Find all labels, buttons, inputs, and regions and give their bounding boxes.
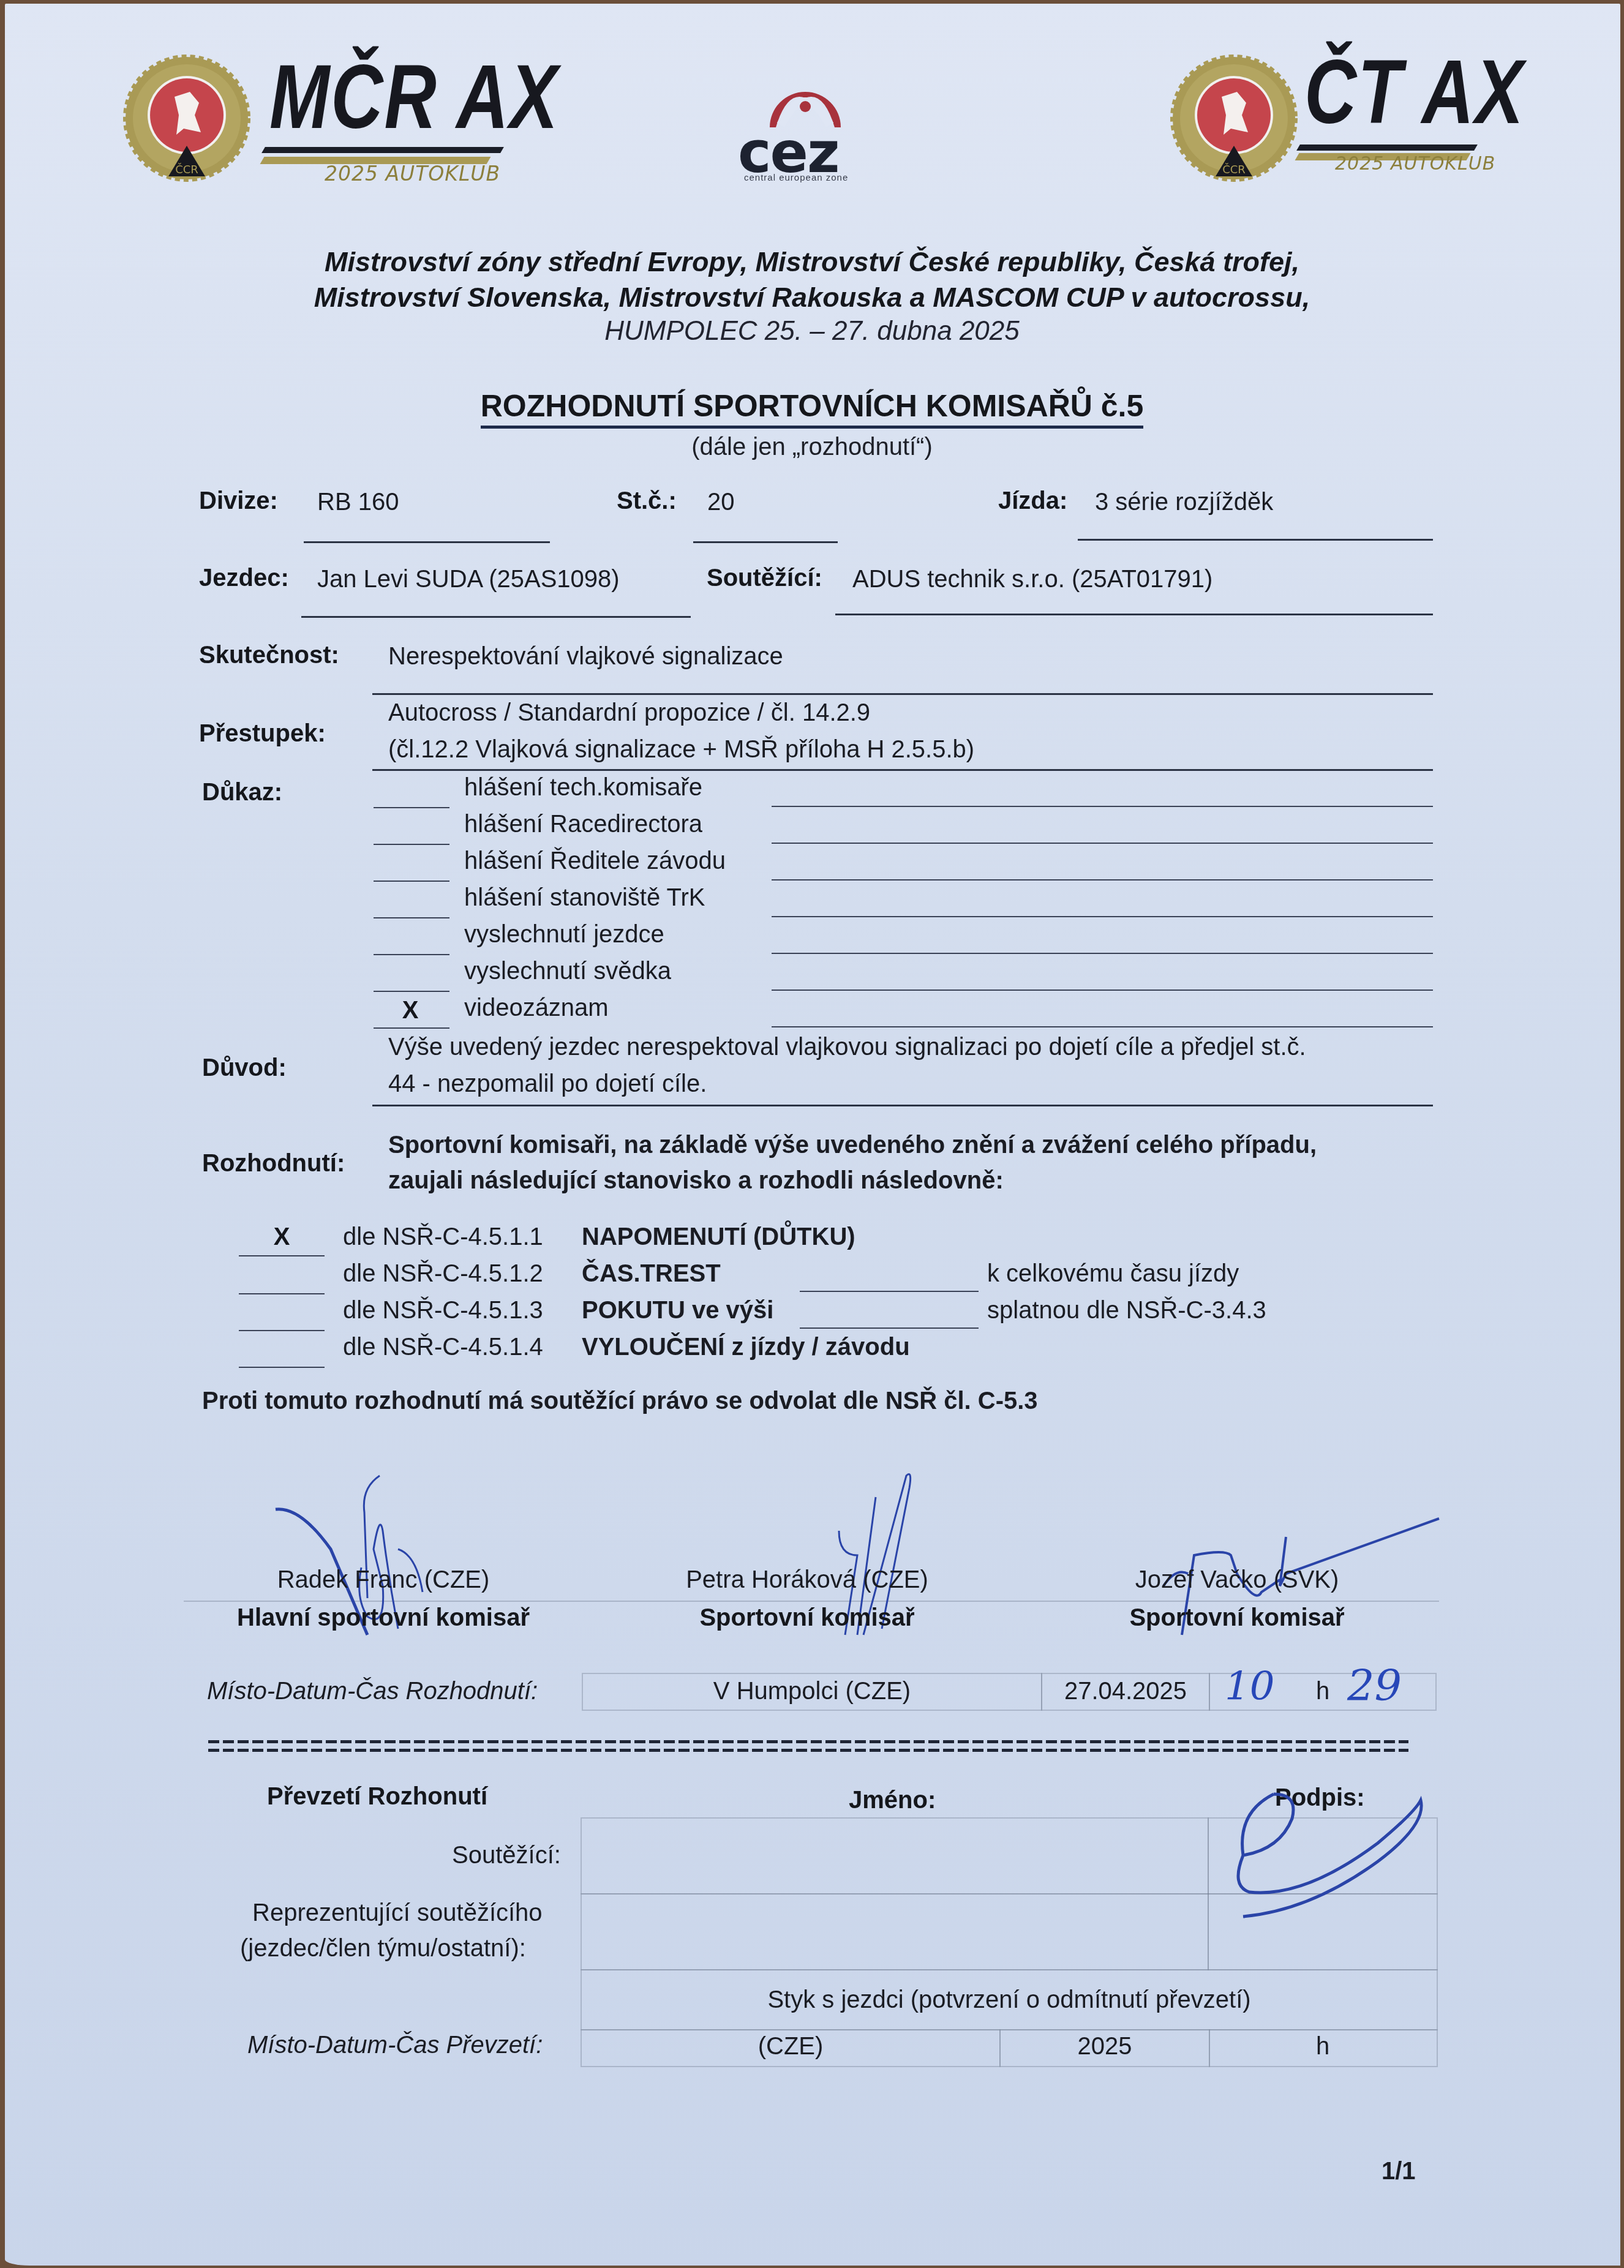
receipt-soutezici-name-field[interactable] xyxy=(581,1817,1209,1894)
rozhodnuti-line-1: Sportovní komisaři, na základě výše uved… xyxy=(388,1132,1317,1159)
receipt-contact-label: Styk s jezdci (potvrzení o odmítnutí pře… xyxy=(581,1986,1438,2014)
receipt-title: Převzetí Rozhonutí xyxy=(267,1783,487,1811)
steward-name: Radek Franc (CZE) xyxy=(200,1566,567,1594)
steward-role: Sportovní komisař xyxy=(1053,1604,1421,1632)
penalty-name: NAPOMENUTÍ (DŮTKU) xyxy=(582,1223,855,1251)
soutezici-underline xyxy=(835,614,1433,615)
svg-text:ČCR: ČCR xyxy=(1222,163,1246,176)
logo-left-word: MČR AX xyxy=(269,45,559,149)
duvod-label: Důvod: xyxy=(202,1054,287,1082)
signature-receipt-icon xyxy=(1231,1788,1433,1917)
soutezici-label: Soutěžící: xyxy=(707,565,822,592)
receipt-soutezici-label: Soutěžící: xyxy=(452,1842,561,1869)
steward-name: Jozef Vačko (SVK) xyxy=(1053,1566,1421,1594)
dukaz-mark-checked[interactable]: X xyxy=(374,997,447,1024)
divize-value: RB 160 xyxy=(317,489,399,516)
prestupek-line-2: (čl.12.2 Vlajková signalizace + MSŘ příl… xyxy=(388,736,974,764)
stc-underline xyxy=(693,541,838,543)
penalty-suffix: splatnou dle NSŘ-C-3.4.3 xyxy=(987,1297,1266,1324)
dukaz-item-line xyxy=(772,843,1433,844)
soutezici-value: ADUS technik s.r.o. (25AT01791) xyxy=(852,566,1212,593)
logo-right-stripe xyxy=(1296,145,1478,151)
receipt-name-header: Jméno: xyxy=(849,1787,936,1814)
dukaz-mark-line xyxy=(374,844,449,845)
steward-name: Petra Horáková (CZE) xyxy=(623,1566,991,1594)
stc-label: St.č.: xyxy=(617,487,677,515)
dukaz-mark-line xyxy=(374,991,449,992)
decision-h-label: h xyxy=(1310,1678,1335,1705)
penalty-rule: dle NSŘ-C-4.5.1.3 xyxy=(343,1297,543,1324)
receipt-rep-name-field[interactable] xyxy=(581,1893,1209,1970)
penalty-rule: dle NSŘ-C-4.5.1.1 xyxy=(343,1223,543,1251)
event-title-line-1: Mistrovství zóny střední Evropy, Mistrov… xyxy=(0,246,1624,278)
dukaz-mark-line xyxy=(374,954,449,955)
decision-hour-handwritten: 10 xyxy=(1225,1664,1274,1710)
stc-value: 20 xyxy=(707,489,735,516)
dukaz-mark-line xyxy=(374,881,449,882)
penalty-name: POKUTU ve výši xyxy=(582,1297,773,1324)
dukaz-mark-line xyxy=(374,807,449,808)
divize-label: Divize: xyxy=(199,487,278,515)
page-number: 1/1 xyxy=(1382,2158,1416,2185)
penalty-rule: dle NSŘ-C-4.5.1.2 xyxy=(343,1260,543,1288)
receipt-rep-label-1: Reprezentující soutěžícího xyxy=(252,1899,543,1927)
receipt-place-label: Místo-Datum-Čas Převzetí: xyxy=(247,2032,543,2059)
dukaz-mark-line xyxy=(374,917,449,918)
dukaz-item-label: vyslechnutí svědka xyxy=(464,958,671,985)
dukaz-item-label: hlášení tech.komisaře xyxy=(464,774,702,802)
dukaz-item-line xyxy=(772,806,1433,807)
penalty-mark-line xyxy=(239,1367,325,1368)
jezdec-value: Jan Levi SUDA (25AS1098) xyxy=(317,566,620,593)
jizda-value: 3 série rozjížděk xyxy=(1095,489,1273,516)
decision-date-value: 27.04.2025 xyxy=(1041,1678,1210,1705)
dukaz-item-label: hlášení Ředitele závodu xyxy=(464,847,726,875)
jizda-underline xyxy=(1078,539,1433,541)
prestupek-label: Přestupek: xyxy=(199,720,326,748)
penalty-amount-line[interactable] xyxy=(800,1291,979,1292)
receipt-rep-label-2: (jezdec/člen týmu/ostatní): xyxy=(240,1935,526,1962)
skutecnost-value: Nerespektování vlajkové signalizace xyxy=(388,643,783,670)
event-place-date: HUMPOLEC 25. – 27. dubna 2025 xyxy=(0,316,1624,347)
dukaz-item-line xyxy=(772,1026,1433,1027)
penalty-amount-line[interactable] xyxy=(800,1327,979,1329)
jezdec-label: Jezdec: xyxy=(199,565,289,592)
decision-place-value: V Humpolci (CZE) xyxy=(582,1678,1042,1705)
appeal-notice: Proti tomuto rozhodnutí má soutěžící prá… xyxy=(202,1387,1038,1415)
autoklub-badge-icon-right: ČCR xyxy=(1170,54,1298,182)
dukaz-mark-line xyxy=(374,1027,449,1029)
receipt-place-value: (CZE) xyxy=(581,2033,1001,2060)
steward-role: Hlavní sportovní komisař xyxy=(200,1604,567,1632)
divize-underline xyxy=(304,541,550,543)
penalty-mark-line xyxy=(239,1293,325,1294)
jezdec-underline xyxy=(301,616,691,618)
decision-place-label: Místo-Datum-Čas Rozhodnutí: xyxy=(207,1678,538,1705)
logo-left-stripe xyxy=(261,147,504,153)
decision-minute-handwritten: 29 xyxy=(1347,1661,1402,1711)
event-title-line-2: Mistrovství Slovenska, Mistrovství Rakou… xyxy=(0,282,1624,314)
rozhodnuti-line-2: zaujali následující stanovisko a rozhodl… xyxy=(388,1167,1004,1195)
penalty-name: VYLOUČENÍ z jízdy / závodu xyxy=(582,1334,910,1361)
prestupek-line-1: Autocross / Standardní propozice / čl. 1… xyxy=(388,699,870,727)
dukaz-item-line xyxy=(772,989,1433,991)
logo-right-sub: 2025 AUTOKLUB xyxy=(1335,153,1495,175)
penalty-suffix: k celkovému času jízdy xyxy=(987,1260,1239,1288)
penalty-mark-checked[interactable]: X xyxy=(245,1223,318,1251)
dukaz-item-line xyxy=(772,953,1433,954)
section-separator xyxy=(208,1740,1408,1754)
receipt-year-value: 2025 xyxy=(999,2033,1210,2060)
logo-center-sub: central european zone xyxy=(744,173,848,183)
autoklub-badge-icon: ČCR xyxy=(122,54,251,182)
prestupek-underline xyxy=(372,769,1433,771)
dukaz-item-line xyxy=(772,879,1433,881)
duvod-underline xyxy=(372,1105,1433,1106)
rozhodnuti-label: Rozhodnutí: xyxy=(202,1150,345,1177)
receipt-h-label: h xyxy=(1310,2033,1335,2060)
penalty-mark-line xyxy=(239,1255,325,1256)
duvod-line-1: Výše uvedený jezdec nerespektoval vlajko… xyxy=(388,1034,1306,1061)
penalty-rule: dle NSŘ-C-4.5.1.4 xyxy=(343,1334,543,1361)
dukaz-item-label: hlášení Racedirectora xyxy=(464,811,702,838)
svg-text:ČCR: ČCR xyxy=(175,163,198,176)
skutecnost-underline xyxy=(372,693,1433,695)
dukaz-item-line xyxy=(772,916,1433,917)
penalty-mark-line xyxy=(239,1330,325,1331)
document-title: ROZHODNUTÍ SPORTOVNÍCH KOMISAŘŮ č.5 xyxy=(0,388,1624,424)
document-subtitle: (dále jen „rozhodnutí“) xyxy=(0,434,1624,461)
logo-right-word: ČT AX xyxy=(1304,40,1525,145)
dukaz-item-label: hlášení stanoviště TrK xyxy=(464,884,705,912)
penalty-name: ČAS.TREST xyxy=(582,1260,721,1288)
logo-left-sub: 2025 AUTOKLUB xyxy=(325,162,500,186)
jizda-label: Jízda: xyxy=(998,487,1067,515)
skutecnost-label: Skutečnost: xyxy=(199,642,339,669)
dukaz-item-label: videozáznam xyxy=(464,994,609,1022)
dukaz-label: Důkaz: xyxy=(202,779,282,806)
steward-role: Sportovní komisař xyxy=(623,1604,991,1632)
duvod-line-2: 44 - nezpomalil po dojetí cíle. xyxy=(388,1070,707,1098)
dukaz-item-label: vyslechnutí jezdce xyxy=(464,921,664,948)
